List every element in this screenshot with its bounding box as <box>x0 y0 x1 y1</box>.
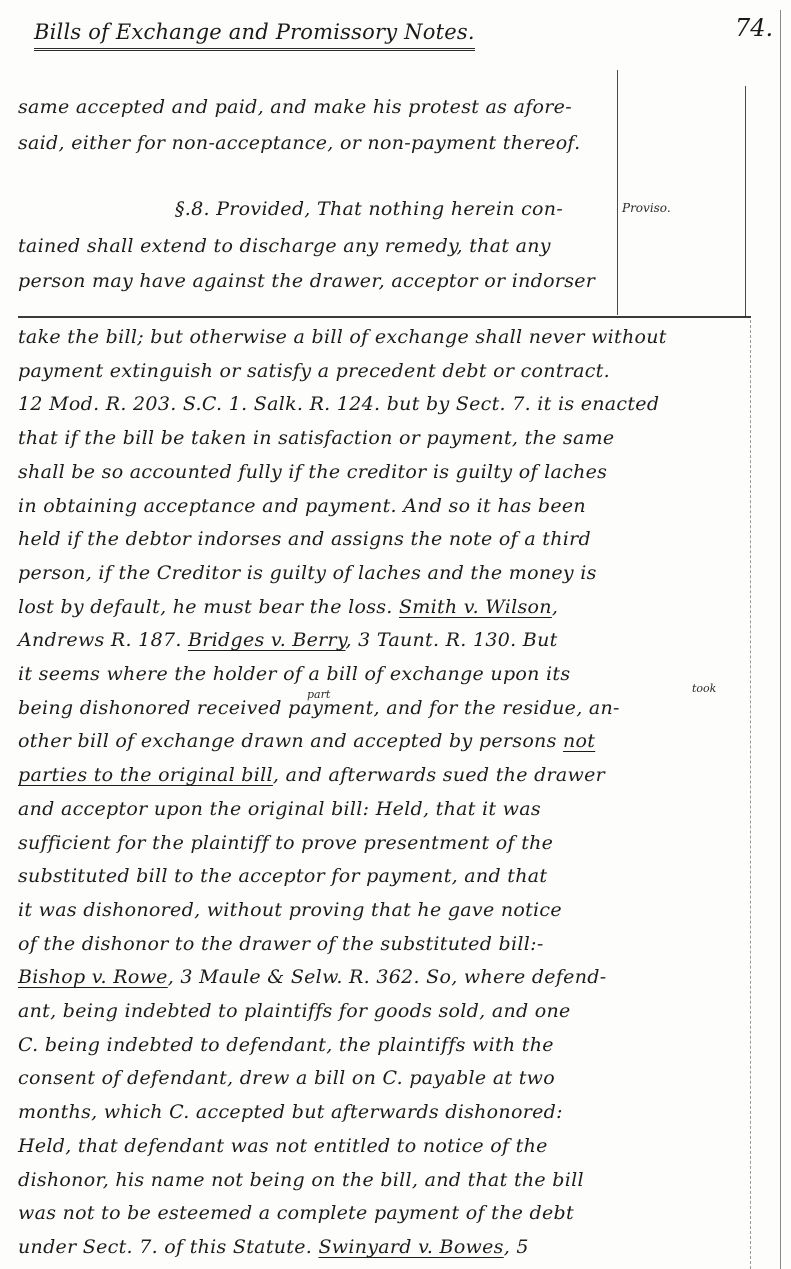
text-line: it was dishonored, without proving that … <box>18 899 562 921</box>
text-segment: it seems where the holder of a bill of e… <box>18 663 570 685</box>
text-line: other bill of exchange drawn and accepte… <box>18 730 595 752</box>
page-title: Bills of Exchange and Promissory Notes. <box>34 20 475 51</box>
text-segment: Andrews R. 187. <box>18 629 188 651</box>
text-segment: of the dishonor to the drawer of the sub… <box>18 933 544 955</box>
text-line: person, if the Creditor is guilty of lac… <box>18 562 597 584</box>
text-line: C. being indebted to defendant, the plai… <box>18 1034 554 1056</box>
text-line: said, either for non-acceptance, or non-… <box>18 132 580 154</box>
text-segment: other bill of exchange drawn and accepte… <box>18 730 563 752</box>
margin-rule-lower <box>750 320 751 1269</box>
text-segment: substituted bill to the acceptor for pay… <box>18 865 547 887</box>
text-segment: consent of defendant, drew a bill on C. … <box>18 1067 555 1089</box>
text-line: that if the bill be taken in satisfactio… <box>18 427 614 449</box>
text-line: 12 Mod. R. 203. S.C. 1. Salk. R. 124. bu… <box>18 393 659 415</box>
text-line: sufficient for the plaintiff to prove pr… <box>18 832 553 854</box>
text-segment: held if the debtor indorses and assigns … <box>18 528 591 550</box>
text-segment: 12 Mod. R. 203. S.C. 1. Salk. R. 124. bu… <box>18 393 659 415</box>
text-line: Held, that defendant was not entitled to… <box>18 1135 548 1157</box>
interlinear-insertion: part <box>307 688 330 701</box>
text-line: dishonor, his name not being on the bill… <box>18 1169 584 1191</box>
interlinear-insertion: took <box>692 682 716 695</box>
margin-rule-right <box>745 86 746 316</box>
text-segment: shall be so accounted fully if the credi… <box>18 461 607 483</box>
text-line: consent of defendant, drew a bill on C. … <box>18 1067 555 1089</box>
page-edge-rule <box>780 10 781 1269</box>
text-segment: ant, being indebted to plaintiffs for go… <box>18 1000 571 1022</box>
text-segment: , <box>552 596 558 618</box>
case-citation: Smith v. Wilson <box>399 596 552 618</box>
text-segment: person, if the Creditor is guilty of lac… <box>18 562 597 584</box>
case-citation: Bridges v. Berry <box>188 629 345 651</box>
text-segment: , 3 Taunt. R. 130. But <box>345 629 557 651</box>
text-line: Andrews R. 187. Bridges v. Berry, 3 Taun… <box>18 629 558 651</box>
page-number: 74. <box>735 14 773 42</box>
text-line: substituted bill to the acceptor for pay… <box>18 865 547 887</box>
text-line: was not to be esteemed a complete paymen… <box>18 1202 574 1224</box>
text-line: take the bill; but otherwise a bill of e… <box>18 326 667 348</box>
text-line: Bishop v. Rowe, 3 Maule & Selw. R. 362. … <box>18 966 606 988</box>
case-citation: Swinyard v. Bowes <box>318 1236 503 1258</box>
text-segment: Held, that defendant was not entitled to… <box>18 1135 548 1157</box>
text-segment: , 5 <box>504 1236 529 1258</box>
text-segment: sufficient for the plaintiff to prove pr… <box>18 832 553 854</box>
text-segment: in obtaining acceptance and payment. And… <box>18 495 586 517</box>
text-segment: and acceptor upon the original bill: Hel… <box>18 798 541 820</box>
text-line: shall be so accounted fully if the credi… <box>18 461 607 483</box>
text-segment: it was dishonored, without proving that … <box>18 899 562 921</box>
text-line: same accepted and paid, and make his pro… <box>18 96 572 118</box>
case-citation: parties to the original bill <box>18 764 273 786</box>
text-line: ant, being indebted to plaintiffs for go… <box>18 1000 571 1022</box>
text-line: tained shall extend to discharge any rem… <box>18 235 551 257</box>
text-line: parties to the original bill, and afterw… <box>18 764 605 786</box>
text-segment: lost by default, he must bear the loss. <box>18 596 399 618</box>
text-line: months, which C. accepted but afterwards… <box>18 1101 563 1123</box>
margin-rule-left <box>617 70 618 315</box>
section-divider <box>18 316 751 318</box>
text-line: and acceptor upon the original bill: Hel… <box>18 798 541 820</box>
margin-note-proviso: Proviso. <box>622 201 671 215</box>
section-heading-line: §.8. Provided, That nothing herein con- <box>175 198 563 220</box>
text-segment: that if the bill be taken in satisfactio… <box>18 427 614 449</box>
text-segment: payment extinguish or satisfy a preceden… <box>18 360 610 382</box>
text-line: payment extinguish or satisfy a preceden… <box>18 360 610 382</box>
text-line: lost by default, he must bear the loss. … <box>18 596 558 618</box>
text-segment: C. being indebted to defendant, the plai… <box>18 1034 554 1056</box>
text-segment: , and afterwards sued the drawer <box>273 764 605 786</box>
text-line: person may have against the drawer, acce… <box>18 270 595 292</box>
text-line: of the dishonor to the drawer of the sub… <box>18 933 544 955</box>
text-segment: under Sect. 7. of this Statute. <box>18 1236 318 1258</box>
manuscript-page: Bills of Exchange and Promissory Notes. … <box>0 0 791 1269</box>
text-line: under Sect. 7. of this Statute. Swinyard… <box>18 1236 529 1258</box>
case-citation: not <box>563 730 595 752</box>
text-segment: take the bill; but otherwise a bill of e… <box>18 326 667 348</box>
text-line: in obtaining acceptance and payment. And… <box>18 495 586 517</box>
text-line: it seems where the holder of a bill of e… <box>18 663 570 685</box>
text-segment: , 3 Maule & Selw. R. 362. So, where defe… <box>168 966 607 988</box>
text-segment: was not to be esteemed a complete paymen… <box>18 1202 574 1224</box>
text-segment: months, which C. accepted but afterwards… <box>18 1101 563 1123</box>
text-segment: dishonor, his name not being on the bill… <box>18 1169 584 1191</box>
case-citation: Bishop v. Rowe <box>18 966 168 988</box>
text-line: held if the debtor indorses and assigns … <box>18 528 591 550</box>
